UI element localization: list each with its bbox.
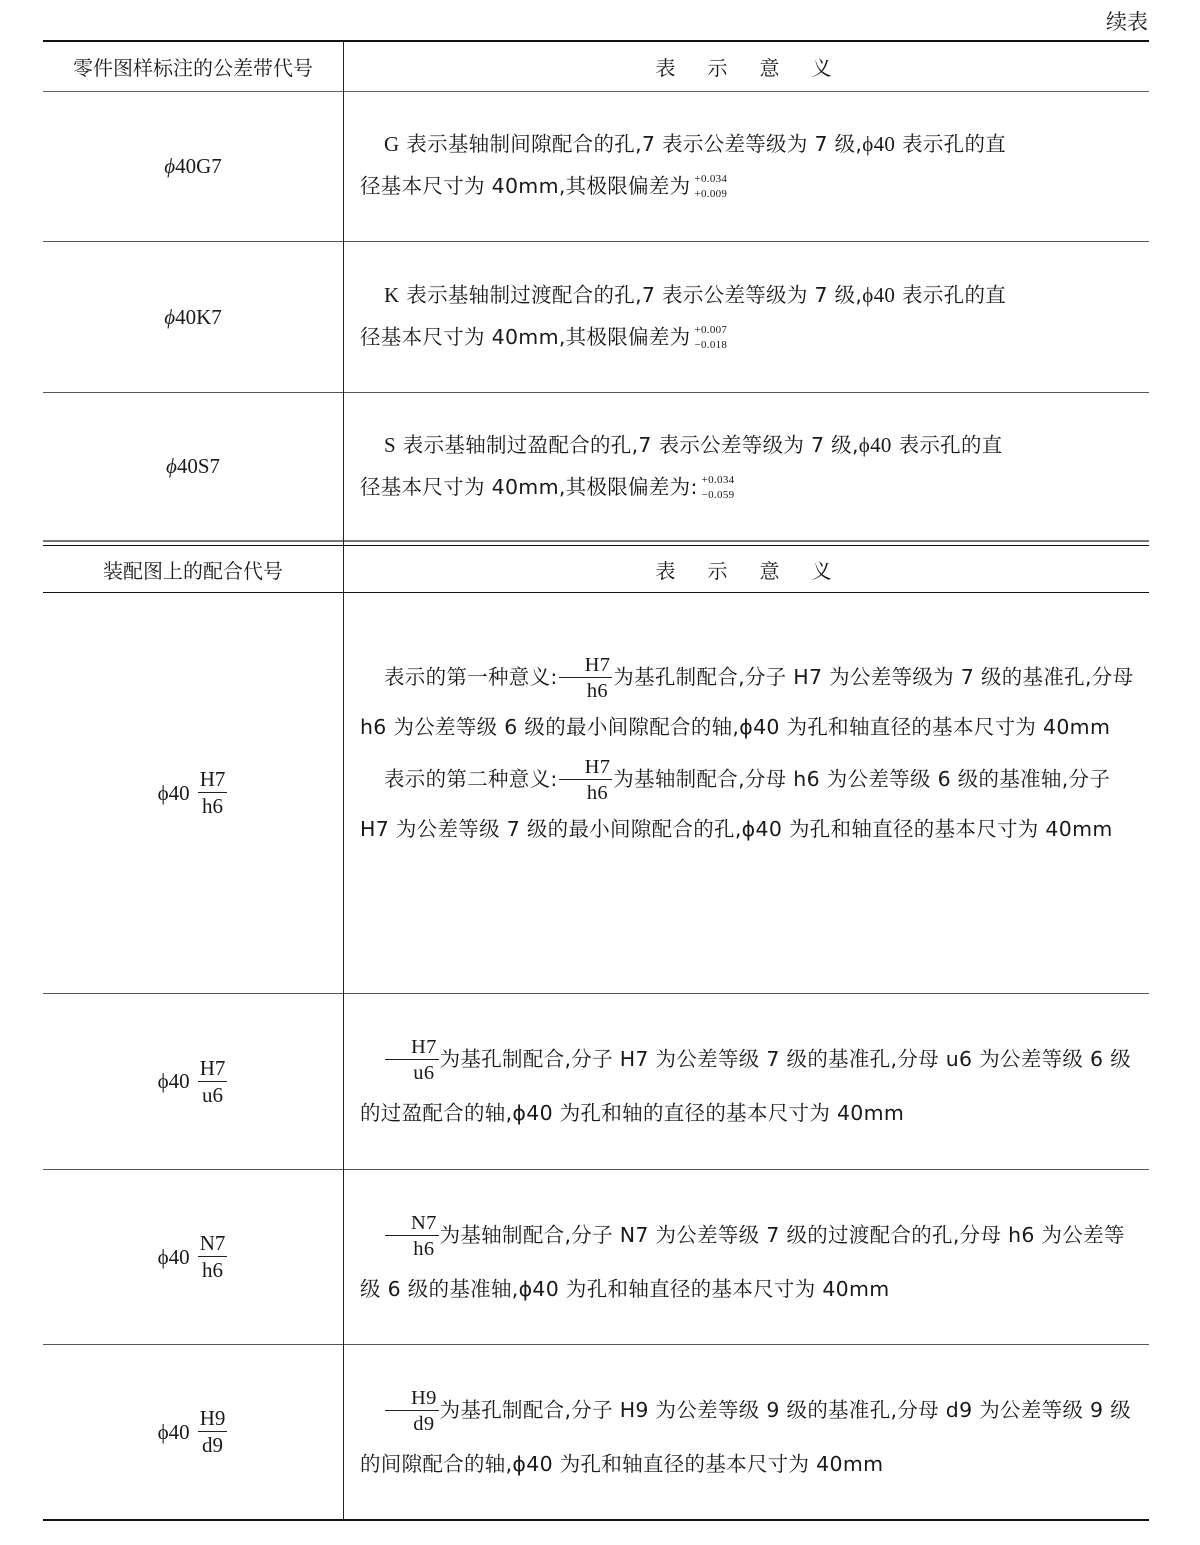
continued-label: 续表 bbox=[1106, 6, 1148, 36]
fit-code-n7-h6: ϕ40 N7h6 bbox=[43, 1170, 343, 1344]
fit-code-h9-d9: ϕ40 H9d9 bbox=[43, 1345, 343, 1519]
tolerance-code-s7: ϕ40S7 bbox=[43, 393, 343, 540]
fit-fraction: N7h6 bbox=[385, 1213, 439, 1260]
meaning-n7-h6: N7h6为基轴制配合,分子 N7 为公差等级 7 级的过渡配合的孔,分母 h6 … bbox=[360, 1208, 1136, 1316]
section1-col2-header: 表 示 意 义 bbox=[344, 42, 1149, 91]
section2-col1-header: 装配图上的配合代号 bbox=[43, 546, 343, 592]
meaning-g7: G 表示基轴制间隙配合的孔,7 表示公差等级为 7 级,ϕ40 表示孔的直 径基… bbox=[360, 123, 1136, 207]
meaning-s7: S 表示基轴制过盈配合的孔,7 表示公差等级为 7 级,ϕ40 表示孔的直 径基… bbox=[360, 424, 1136, 508]
fit-fraction: H7u6 bbox=[385, 1037, 439, 1084]
fit-fraction: H7h6 bbox=[198, 769, 228, 817]
table-bottom-rule bbox=[43, 1519, 1149, 1521]
tolerance-limits: +0.034+0.009 bbox=[694, 172, 727, 202]
meaning-h7-u6: H7u6为基孔制配合,分子 H7 为公差等级 7 级的基准孔,分母 u6 为公差… bbox=[360, 1032, 1136, 1140]
section-double-rule bbox=[43, 540, 1149, 542]
fit-fraction: N7h6 bbox=[198, 1233, 228, 1281]
fit-fraction: H7h6 bbox=[559, 757, 613, 804]
fit-fraction: H7h6 bbox=[559, 655, 613, 702]
meaning-h7-h6: 表示的第一种意义:H7h6为基孔制配合,分子 H7 为公差等级为 7 级的基准孔… bbox=[360, 652, 1136, 854]
tolerance-code-k7: ϕ40K7 bbox=[43, 242, 343, 392]
tolerance-limits: +0.007−0.018 bbox=[694, 323, 727, 353]
fit-fraction: H7u6 bbox=[198, 1058, 228, 1106]
fit-fraction: H9d9 bbox=[198, 1408, 228, 1456]
fit-code-h7-u6: ϕ40 H7u6 bbox=[43, 994, 343, 1169]
section2-col2-header: 表 示 意 义 bbox=[344, 546, 1149, 592]
section1-col1-header: 零件图样标注的公差带代号 bbox=[43, 42, 343, 91]
tolerance-limits: +0.034−0.059 bbox=[702, 473, 735, 503]
column-divider bbox=[343, 42, 344, 1520]
meaning-h9-d9: H9d9为基孔制配合,分子 H9 为公差等级 9 级的基准孔,分母 d9 为公差… bbox=[360, 1383, 1136, 1491]
tolerance-code-g7: ϕ40G7 bbox=[43, 92, 343, 241]
meaning-k7: K 表示基轴制过渡配合的孔,7 表示公差等级为 7 级,ϕ40 表示孔的直 径基… bbox=[360, 274, 1136, 358]
fit-fraction: H9d9 bbox=[385, 1388, 439, 1435]
fit-code-h7-h6: ϕ40 H7h6 bbox=[43, 593, 343, 993]
